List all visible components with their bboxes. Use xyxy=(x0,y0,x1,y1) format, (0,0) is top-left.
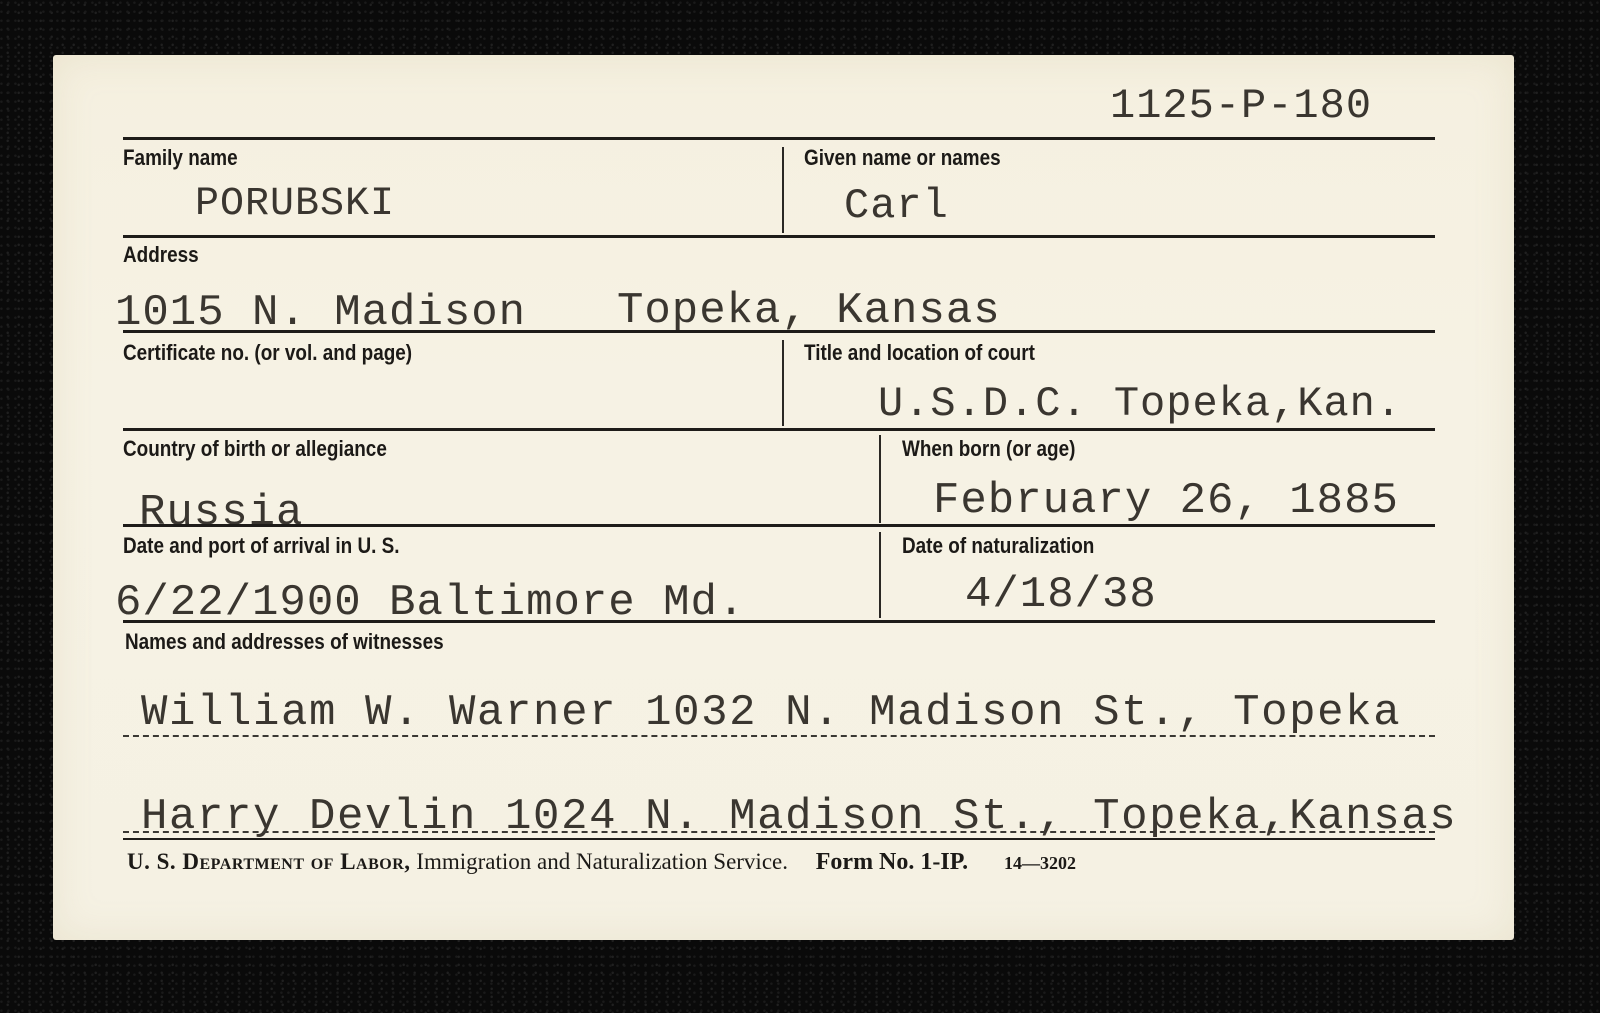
divider-arrival xyxy=(879,532,881,618)
arrival-value: 6/22/1900 Baltimore Md. xyxy=(115,581,745,625)
footer-service: Immigration and Naturalization Service. xyxy=(416,849,788,874)
witness-1-value: William W. Warner 1032 N. Madison St., T… xyxy=(141,691,1401,735)
rule-name-bottom xyxy=(123,235,1435,238)
rule-born-bottom xyxy=(123,524,1435,527)
given-name-value: Carl xyxy=(844,185,949,227)
divider-country xyxy=(879,435,881,523)
address-street-value: 1015 N. Madison xyxy=(115,291,526,335)
when-born-value: February 26, 1885 xyxy=(933,479,1399,523)
witness-1-line xyxy=(123,735,1435,737)
file-number: 1125-P-180 xyxy=(1110,85,1372,127)
country-value: Russia xyxy=(139,491,303,535)
court-value: U.S.D.C. Topeka,Kan. xyxy=(878,383,1402,425)
naturalization-index-card: 1125-P-180 Family name PORUBSKI Given na… xyxy=(53,55,1514,940)
footer-form-number: Form No. 1-IP. xyxy=(816,849,968,875)
naturalization-label: Date of naturalization xyxy=(902,535,1094,557)
rule-address-bottom xyxy=(123,330,1435,333)
when-born-label: When born (or age) xyxy=(902,438,1075,460)
family-name-value: PORUBSKI xyxy=(195,185,395,225)
certificate-label: Certificate no. (or vol. and page) xyxy=(123,342,412,364)
footer-department: U. S. Department of Labor, xyxy=(127,849,411,874)
witnesses-label: Names and addresses of witnesses xyxy=(125,631,444,653)
rule-arrival-bottom xyxy=(123,620,1435,623)
rule-top xyxy=(123,137,1435,140)
naturalization-value: 4/18/38 xyxy=(965,573,1157,617)
divider-certificate xyxy=(782,340,784,426)
footer-print-code: 14—3202 xyxy=(1004,853,1076,873)
rule-court-bottom xyxy=(123,428,1435,431)
family-name-label: Family name xyxy=(123,147,238,169)
country-label: Country of birth or allegiance xyxy=(123,438,387,460)
form-footer: U. S. Department of Labor, Immigration a… xyxy=(127,850,1076,874)
rule-witness-bottom xyxy=(123,838,1435,840)
address-label: Address xyxy=(123,244,199,266)
divider-name xyxy=(782,147,784,233)
arrival-label: Date and port of arrival in U. S. xyxy=(123,535,400,557)
address-city-value: Topeka, Kansas xyxy=(617,289,1001,333)
court-label: Title and location of court xyxy=(804,342,1035,364)
given-name-label: Given name or names xyxy=(804,147,1001,169)
file-number-text: 1125-P-180 xyxy=(1110,82,1372,130)
witness-2-line xyxy=(123,831,1435,833)
